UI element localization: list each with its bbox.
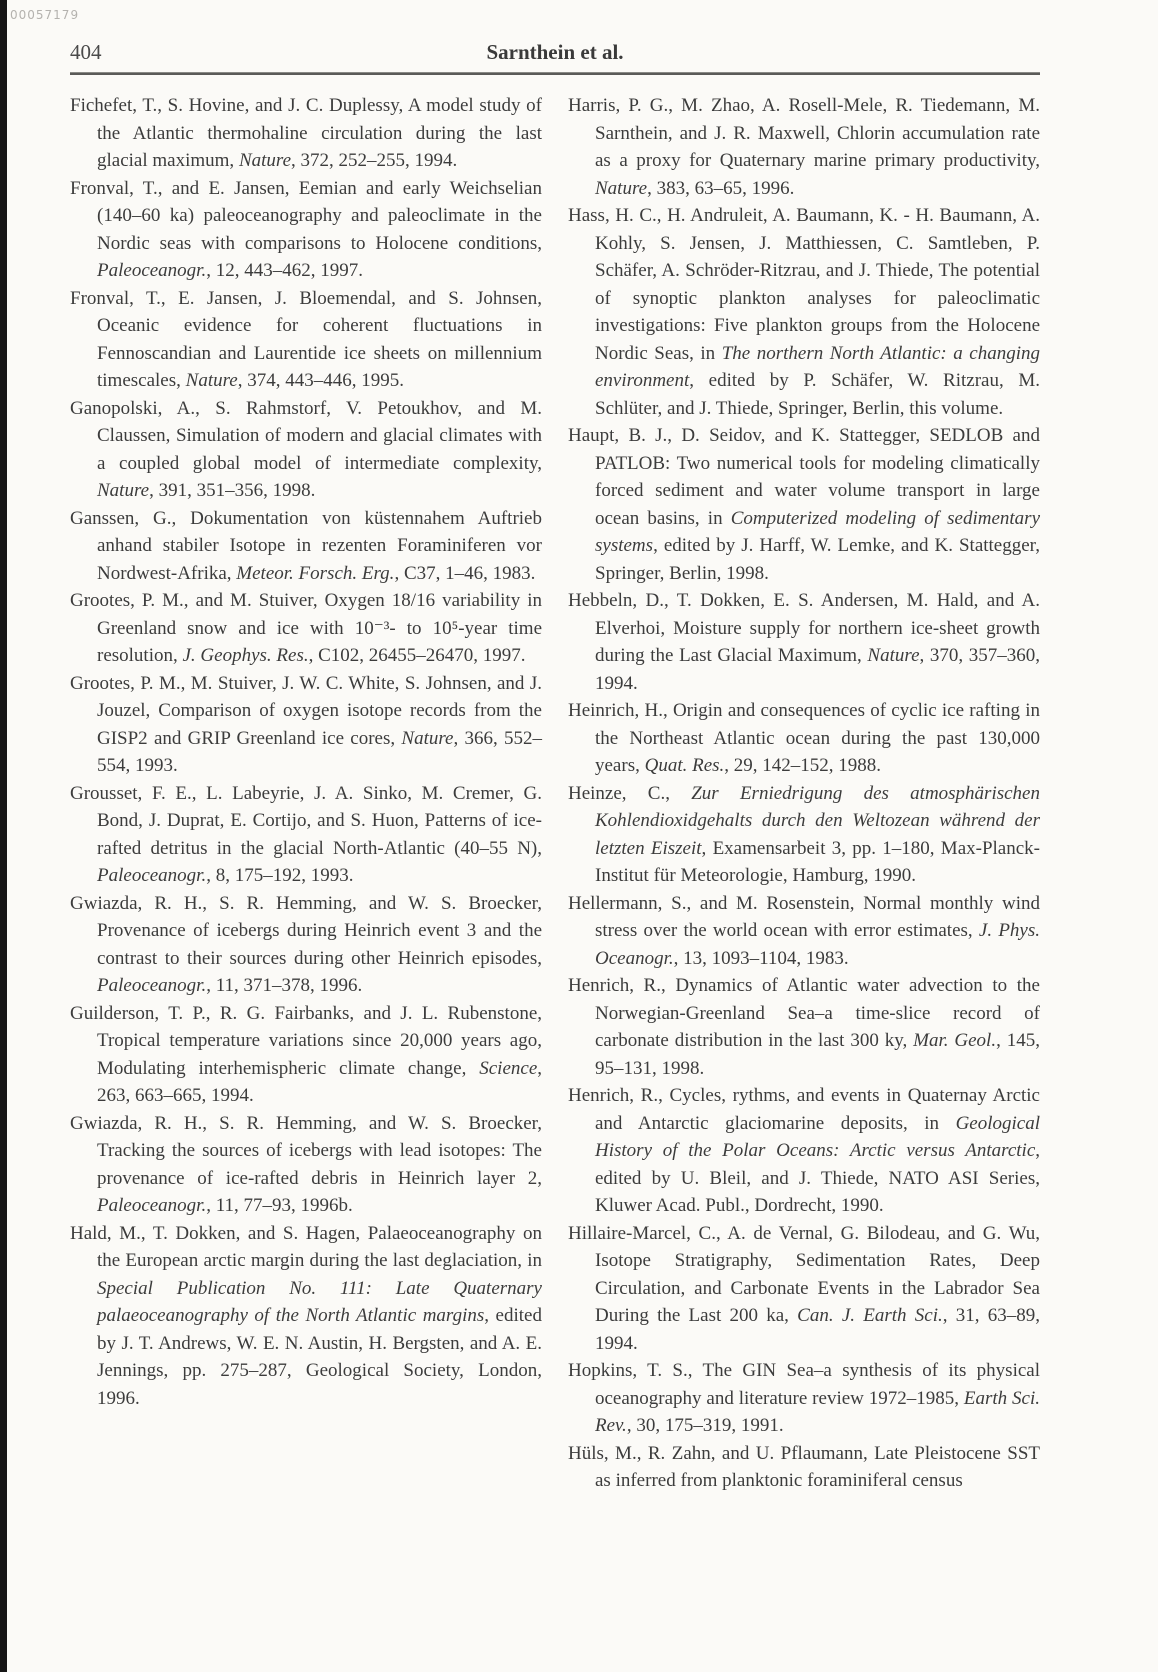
reference-text: , 12, 443–462, 1997. [206, 260, 363, 281]
reference-italic-text: Nature [595, 178, 647, 199]
reference-text: Gwiazda, R. H., S. R. Hemming, and W. S.… [70, 1113, 542, 1189]
reference-italic-text: Nature [97, 480, 149, 501]
reference-text: , 391, 351–356, 1998. [149, 480, 315, 501]
page-header: 404 Sarnthein et al. [70, 40, 1040, 66]
reference-entry: Hellermann, S., and M. Rosenstein, Norma… [568, 890, 1040, 973]
reference-entry: Hald, M., T. Dokken, and S. Hagen, Palae… [70, 1220, 542, 1413]
reference-text: Fronval, T., and E. Jansen, Eemian and e… [70, 178, 542, 254]
reference-entry: Hillaire-Marcel, C., A. de Vernal, G. Bi… [568, 1220, 1040, 1358]
reference-entry: Heinrich, H., Origin and consequences of… [568, 697, 1040, 780]
reference-italic-text: Nature [239, 150, 291, 171]
reference-italic-text: J. Geophys. Res. [183, 645, 309, 666]
reference-italic-text: Mar. Geol. [913, 1030, 996, 1051]
reference-text: , 372, 252–255, 1994. [291, 150, 457, 171]
reference-entry: Hass, H. C., H. Andruleit, A. Baumann, K… [568, 202, 1040, 422]
reference-text: Gwiazda, R. H., S. R. Hemming, and W. S.… [70, 893, 542, 969]
reference-text: Hass, H. C., H. Andruleit, A. Baumann, K… [568, 205, 1040, 364]
reference-text: , 11, 77–93, 1996b. [206, 1195, 353, 1216]
reference-italic-text: Nature [401, 728, 453, 749]
reference-italic-text: Meteor. Forsch. Erg. [236, 563, 394, 584]
reference-entry: Grootes, P. M., M. Stuiver, J. W. C. Whi… [70, 670, 542, 780]
reference-italic-text: Science [479, 1058, 537, 1079]
reference-italic-text: Quat. Res. [645, 755, 725, 776]
running-header: Sarnthein et al. [70, 40, 1040, 65]
reference-text: , 8, 175–192, 1993. [206, 865, 353, 886]
reference-italic-text: Paleoceanogr. [97, 1195, 206, 1216]
reference-text: , 29, 142–152, 1988. [724, 755, 881, 776]
reference-text: , 374, 443–446, 1995. [238, 370, 404, 391]
references-section: Fichefet, T., S. Hovine, and J. C. Duple… [70, 92, 1040, 1495]
reference-text: Heinze, C., [568, 783, 691, 804]
reference-entry: Harris, P. G., M. Zhao, A. Rosell-Mele, … [568, 92, 1040, 202]
reference-text: Guilderson, T. P., R. G. Fairbanks, and … [70, 1003, 542, 1079]
reference-text: Hellermann, S., and M. Rosenstein, Norma… [568, 893, 1040, 942]
reference-italic-text: Special Publication No. 111: Late Quater… [97, 1278, 542, 1327]
reference-entry: Hüls, M., R. Zahn, and U. Pflaumann, Lat… [568, 1440, 1040, 1495]
header-rule [70, 72, 1040, 75]
reference-italic-text: Nature [186, 370, 238, 391]
reference-entry: Fronval, T., and E. Jansen, Eemian and e… [70, 175, 542, 285]
reference-entry: Haupt, B. J., D. Seidov, and K. Stattegg… [568, 422, 1040, 587]
reference-text: , 13, 1093–1104, 1983. [674, 948, 849, 969]
reference-text: Ganopolski, A., S. Rahmstorf, V. Petoukh… [70, 398, 542, 474]
reference-text: , C102, 26455–26470, 1997. [309, 645, 526, 666]
references-column-right: Harris, P. G., M. Zhao, A. Rosell-Mele, … [568, 92, 1040, 1495]
reference-entry: Henrich, R., Cycles, rythms, and events … [568, 1082, 1040, 1220]
reference-entry: Fichefet, T., S. Hovine, and J. C. Duple… [70, 92, 542, 175]
reference-entry: Hopkins, T. S., The GIN Sea–a synthesis … [568, 1357, 1040, 1440]
reference-text: Hüls, M., R. Zahn, and U. Pflaumann, Lat… [568, 1443, 1040, 1492]
reference-italic-text: Paleoceanogr. [97, 865, 206, 886]
reference-entry: Guilderson, T. P., R. G. Fairbanks, and … [70, 1000, 542, 1110]
reference-text: Hald, M., T. Dokken, and S. Hagen, Palae… [70, 1223, 542, 1272]
reference-text: , 30, 175–319, 1991. [627, 1415, 784, 1436]
reference-italic-text: Nature [867, 645, 919, 666]
reference-text: , C37, 1–46, 1983. [394, 563, 535, 584]
reference-entry: Henrich, R., Dynamics of Atlantic water … [568, 972, 1040, 1082]
scan-id-number: 00057179 [10, 8, 79, 22]
reference-entry: Ganssen, G., Dokumentation von küstennah… [70, 505, 542, 588]
scanned-page: 00057179 404 Sarnthein et al. Fichefet, … [0, 0, 1158, 1672]
reference-italic-text: Paleoceanogr. [97, 975, 206, 996]
reference-italic-text: Can. J. Earth Sci. [797, 1305, 943, 1326]
reference-entry: Grousset, F. E., L. Labeyrie, J. A. Sink… [70, 780, 542, 890]
scan-edge-artifact [0, 0, 7, 1672]
reference-text: Harris, P. G., M. Zhao, A. Rosell-Mele, … [568, 95, 1040, 171]
reference-entry: Ganopolski, A., S. Rahmstorf, V. Petoukh… [70, 395, 542, 505]
reference-text: , edited by J. Harff, W. Lemke, and K. S… [595, 535, 1040, 584]
reference-italic-text: Paleoceanogr. [97, 260, 206, 281]
reference-text: , 383, 63–65, 1996. [647, 178, 794, 199]
reference-entry: Fronval, T., E. Jansen, J. Bloemendal, a… [70, 285, 542, 395]
reference-entry: Gwiazda, R. H., S. R. Hemming, and W. S.… [70, 1110, 542, 1220]
reference-entry: Heinze, C., Zur Erniedrigung des atmosph… [568, 780, 1040, 890]
reference-entry: Hebbeln, D., T. Dokken, E. S. Andersen, … [568, 587, 1040, 697]
reference-text: , 11, 371–378, 1996. [206, 975, 362, 996]
reference-entry: Grootes, P. M., and M. Stuiver, Oxygen 1… [70, 587, 542, 670]
reference-text: Grousset, F. E., L. Labeyrie, J. A. Sink… [70, 783, 542, 859]
reference-entry: Gwiazda, R. H., S. R. Hemming, and W. S.… [70, 890, 542, 1000]
references-column-left: Fichefet, T., S. Hovine, and J. C. Duple… [70, 92, 542, 1495]
